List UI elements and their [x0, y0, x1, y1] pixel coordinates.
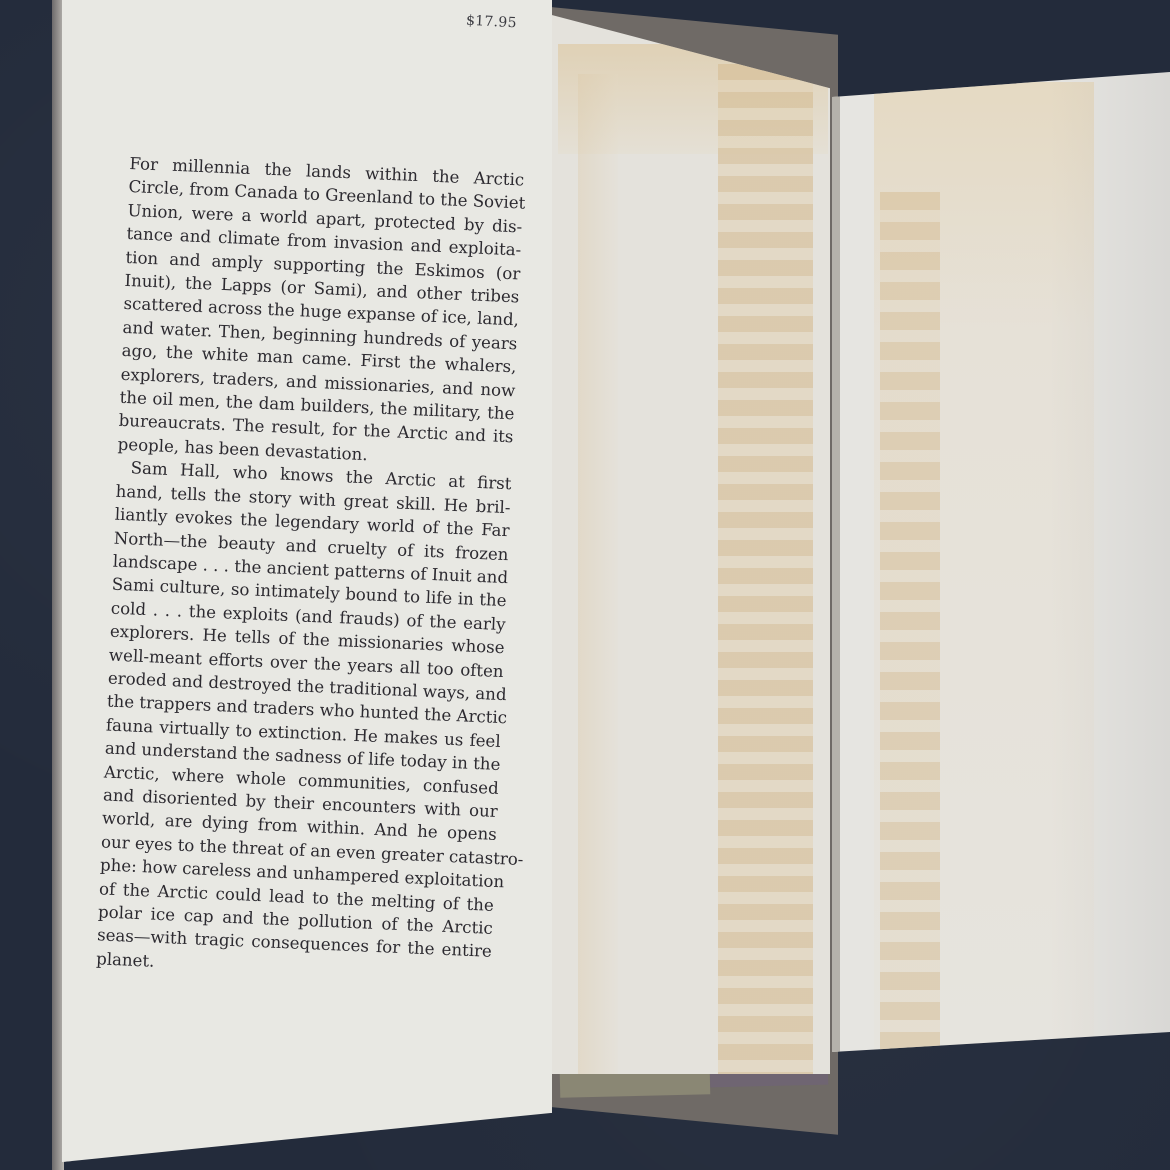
price-label: $17.95	[466, 13, 518, 32]
page-shade	[1050, 72, 1170, 1072]
page-gutter	[832, 72, 840, 1072]
right-page	[832, 72, 1170, 1072]
stained-endpaper	[548, 14, 830, 1074]
stain-band	[718, 64, 813, 1074]
stain-strip	[880, 192, 940, 1052]
book-cloth-green	[560, 1070, 711, 1097]
stain-left	[578, 74, 618, 1074]
flap-blurb: For millennia the lands within the Arcti…	[96, 152, 525, 987]
